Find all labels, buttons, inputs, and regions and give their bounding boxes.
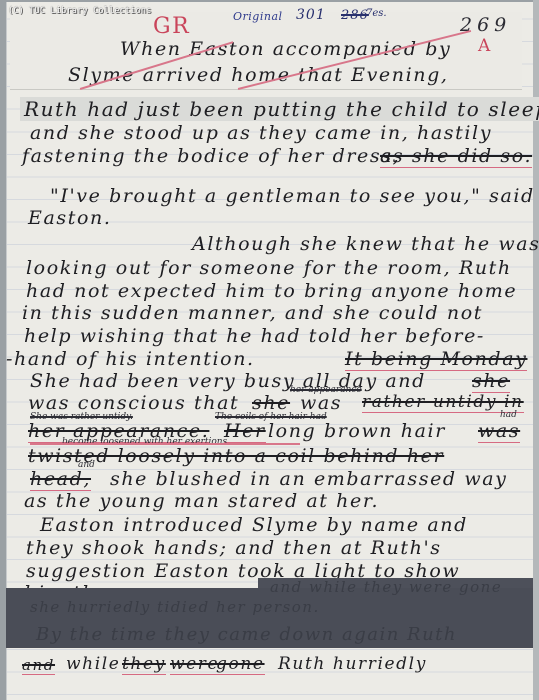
struck-number: 286 (341, 8, 369, 23)
struck-text: It being Monday (345, 348, 527, 371)
revised-line-2: was conscious that (28, 392, 239, 414)
struck-text: and (22, 656, 55, 675)
closing-line-1: Easton introduced Slyme by name and (40, 514, 468, 536)
closing-line-2: they shook hands; and then at Ruth's (26, 537, 442, 559)
heading-line-1: When Easton accompanied by (120, 38, 451, 60)
last-line-text: while (66, 654, 120, 674)
revised-line-8: as the young man stared at her. (24, 490, 379, 512)
paragraph-3-line-4: in this sudden manner, and she could not (22, 302, 483, 324)
struck-text: as she did so. (380, 145, 532, 168)
obscured-text: and while they were gone (270, 578, 502, 596)
paragraph-2-line-1: "I've brought a gentleman to see you," s… (50, 185, 535, 207)
revised-line-1: She had been very busy all day and (30, 370, 426, 392)
paragraph-2-line-2: Easton. (28, 207, 112, 229)
struck-text: were (170, 654, 219, 675)
paragraph-3-line-3: had not expected him to bring anyone hom… (26, 280, 517, 302)
revised-word: was (300, 392, 342, 414)
struck-text: was (478, 420, 520, 443)
struck-text: she (252, 392, 290, 414)
paragraph-1-line-1: Ruth had just been putting the child to … (20, 97, 539, 121)
paragraph-1-line-2: and she stood up as they came in, hastil… (30, 122, 492, 144)
last-line-text: Ruth hurriedly (278, 654, 427, 674)
obscured-text: By the time they came down again Ruth (36, 624, 457, 645)
struck-text: they (122, 654, 166, 675)
paragraph-3-line-5: help wishing that he had told her before… (24, 325, 485, 347)
struck-text: she (472, 370, 510, 393)
paragraph-3-line-6: -hand of his intention. (6, 348, 255, 370)
obscured-text: she hurriedly tidied her person. (30, 598, 320, 616)
copyright-watermark: (C) TUC Library Collections (8, 6, 152, 16)
revised-line-7: she blushed in an embarrassed way (110, 468, 507, 490)
struck-suffix: 7es. (366, 8, 387, 19)
revised-line-4: long brown hair (268, 420, 446, 442)
struck-text: Her (224, 420, 266, 443)
red-initials: GR (153, 14, 190, 39)
inserted-text: and (78, 460, 95, 470)
paragraph-3-line-2: looking out for someone for the room, Ru… (26, 257, 512, 279)
paragraph-1-line-3: fastening the bodice of her dress, (22, 145, 400, 167)
original-number: 301 (296, 7, 326, 23)
original-label: Original (233, 10, 283, 23)
page-number: 269 (460, 14, 511, 36)
red-mark: A (478, 36, 492, 56)
struck-text: gone (216, 654, 265, 675)
struck-text: head, (30, 468, 91, 491)
paragraph-3-line-1: Although she knew that he was (192, 233, 539, 255)
inserted-text: had (500, 410, 517, 420)
